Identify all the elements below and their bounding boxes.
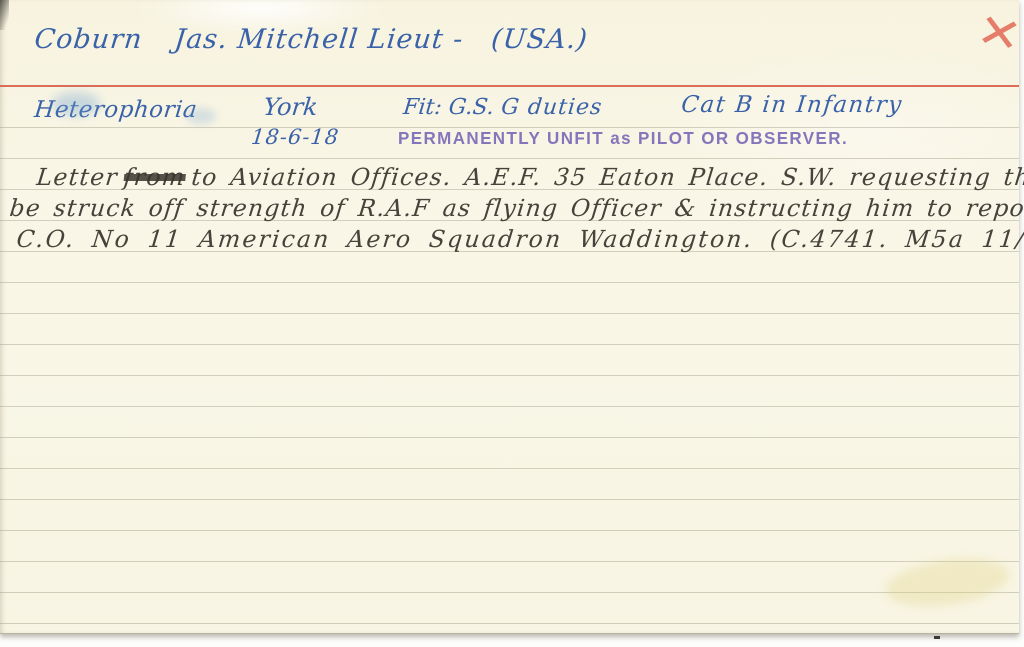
- spacer: [141, 24, 176, 55]
- index-card: Coburn Jas. Mitchell Lieut - (USA.) ✕ He…: [0, 0, 1019, 634]
- surname: Coburn: [33, 24, 144, 55]
- spacer: [462, 24, 493, 55]
- red-cross-mark: ✕: [973, 6, 1024, 60]
- red-header-rule: [0, 85, 1019, 87]
- crossed-out-word: from: [122, 162, 187, 193]
- fitness-category: Cat B in Infantry: [680, 92, 904, 118]
- note-line-3: C.O. No 11 American Aero Squadron Waddin…: [15, 224, 1024, 255]
- corner-shadow: [0, 0, 9, 30]
- medical-board-date: 18-6-18: [250, 125, 341, 149]
- fitness-grade: Fit: G.S.: [402, 95, 495, 120]
- scanned-index-card-page: Coburn Jas. Mitchell Lieut - (USA.) ✕ He…: [0, 0, 1024, 647]
- note-line-2: be struck off strength of R.A.F as flyin…: [8, 193, 1024, 224]
- ink-smear: [52, 92, 100, 116]
- note-line-1: Letterfromto Aviation Offices. A.E.F. 35…: [35, 162, 1024, 193]
- note-line-1-rest: to Aviation Offices. A.E.F. 35 Eaton Pla…: [190, 163, 1024, 191]
- name-line: Coburn Jas. Mitchell Lieut - (USA.): [33, 24, 589, 55]
- medical-board-location: York: [262, 93, 319, 121]
- ink-smear: [186, 108, 216, 124]
- unfit-stamp: PERMANENTLY UNFIT as PILOT OR OBSERVER.: [398, 129, 868, 150]
- scan-speck: [934, 636, 940, 639]
- fitness-duties: G duties: [500, 95, 604, 120]
- rank-and-forenames: Jas. Mitchell Lieut -: [173, 24, 465, 55]
- note-line-1-start: Letter: [35, 163, 119, 191]
- country: (USA.): [490, 24, 590, 55]
